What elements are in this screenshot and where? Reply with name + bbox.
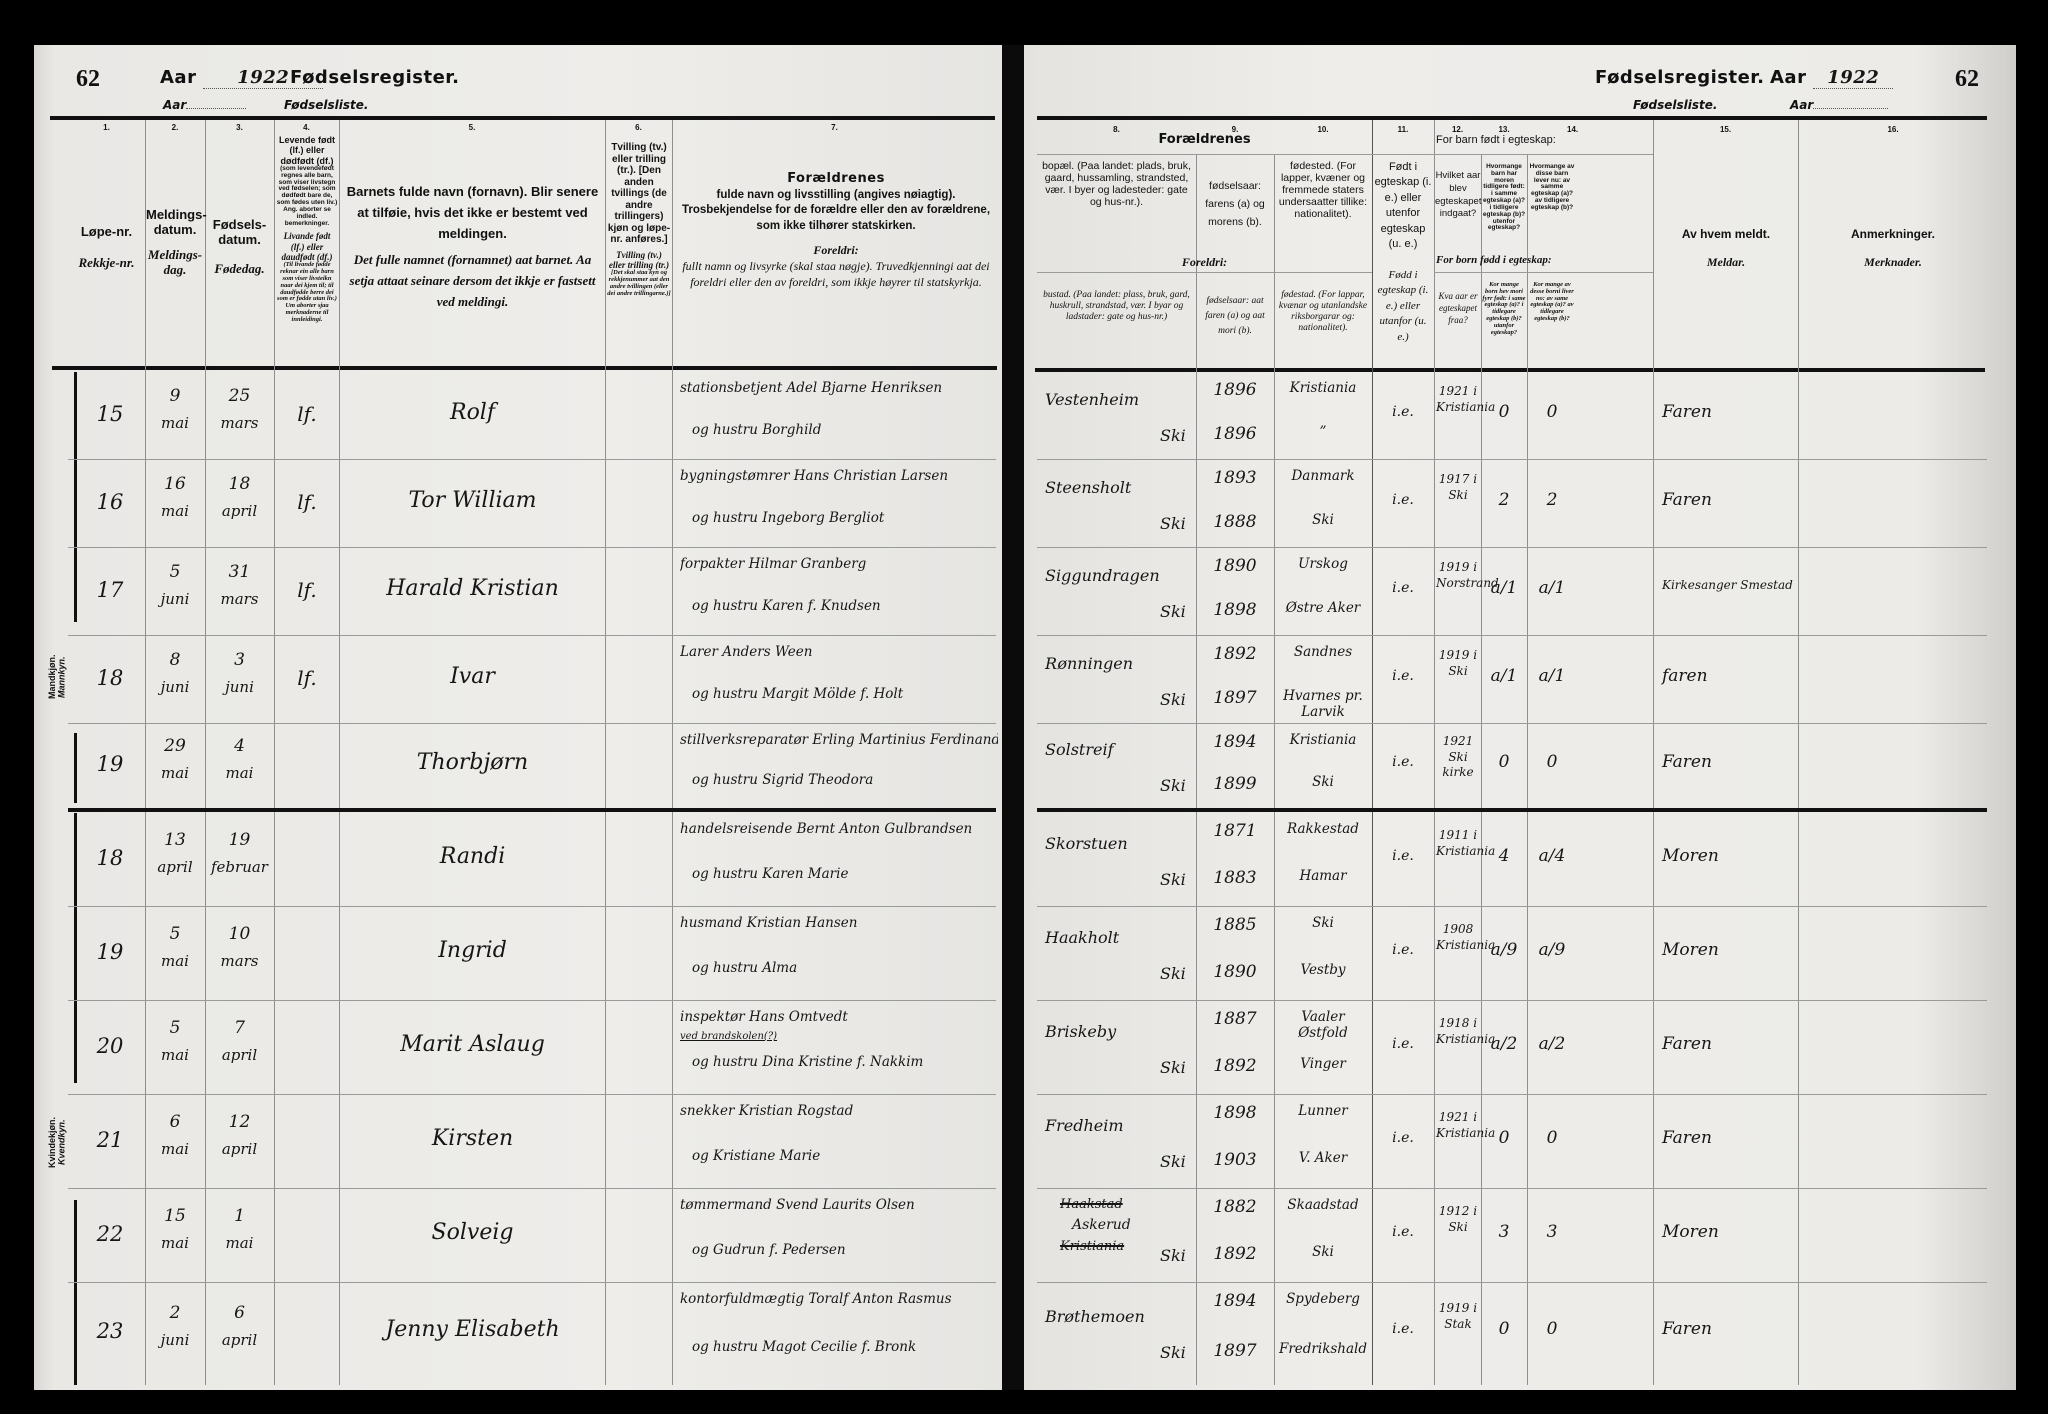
residence-struck: Kristiania bbox=[1060, 1239, 1124, 1254]
father-birth-year: 1892 bbox=[1198, 644, 1272, 664]
previous-children: 2 bbox=[1482, 490, 1526, 510]
birth-day: 4 bbox=[206, 736, 273, 756]
header-meldar: Meldar. bbox=[1655, 256, 1797, 270]
mother-birth-year: 1898 bbox=[1198, 600, 1272, 620]
mother-birthplace: Ski bbox=[1276, 1244, 1370, 1260]
residence-place: Ski bbox=[1160, 1152, 1186, 1171]
live-birth-status: lf. bbox=[275, 578, 339, 602]
header-fodested: fødested. (For lapper, kvæner og fremmed… bbox=[1276, 160, 1370, 220]
marriage-year-place: 1912 i Ski bbox=[1436, 1204, 1480, 1235]
living-children: 2 bbox=[1528, 490, 1576, 510]
birth-month: mars bbox=[206, 590, 273, 608]
father-birthplace: Sandnes bbox=[1276, 644, 1370, 660]
birth-month: mai bbox=[206, 1234, 273, 1252]
marriage-year-place: 1908 Kristiania bbox=[1436, 922, 1480, 953]
header-top-rule bbox=[50, 116, 995, 120]
mother-birth-year: 1896 bbox=[1198, 424, 1272, 444]
table-row[interactable]: 2215mai1maiSolveigtømmermand Svend Lauri… bbox=[0, 1189, 2048, 1283]
register-title-right: Fødselsregister. bbox=[1595, 67, 1764, 88]
birth-day: 6 bbox=[206, 1303, 273, 1323]
entry-number: 20 bbox=[78, 1034, 142, 1058]
table-row[interactable]: 1616mai18aprillf.Tor Williambygningstømr… bbox=[0, 460, 2048, 548]
col-number: 4. bbox=[274, 123, 339, 132]
register-title-left: Fødselsregister. bbox=[290, 67, 459, 88]
mother-birth-year: 1888 bbox=[1198, 512, 1272, 532]
group-heading-barn-egteskap: For barn født i egteskap: bbox=[1436, 134, 1651, 147]
report-month: mai bbox=[146, 1234, 204, 1252]
report-day: 9 bbox=[146, 386, 204, 406]
entry-number: 19 bbox=[78, 940, 142, 964]
father-name: bygningstømrer Hans Christian Larsen bbox=[680, 468, 998, 484]
father-birth-year: 1896 bbox=[1198, 380, 1272, 400]
header-levendefodt: Levende født (lf.) eller dødfødt (df.) (… bbox=[276, 135, 338, 324]
residence: Steensholt bbox=[1045, 478, 1131, 497]
mother-birthplace: Fredrikshald bbox=[1276, 1341, 1370, 1357]
residence-place: Ski bbox=[1160, 1058, 1186, 1077]
residence: Vestenheim bbox=[1045, 390, 1139, 409]
mother-birthplace: Hvarnes pr. Larvik bbox=[1276, 688, 1370, 720]
mother-birthplace: Ski bbox=[1276, 774, 1370, 790]
residence: Briskeby bbox=[1045, 1022, 1116, 1041]
father-name: inspektør Hans Omtvedt bbox=[680, 1009, 998, 1025]
residence: Fredheim bbox=[1045, 1116, 1124, 1135]
report-day: 13 bbox=[146, 830, 204, 850]
year-label-nn-right: Aar bbox=[1790, 98, 1888, 112]
living-children: 3 bbox=[1528, 1222, 1576, 1242]
section-divider-rule-right bbox=[1037, 808, 1987, 812]
header-bustad: bustad. (Paa landet: plass, bruk, gard, … bbox=[1040, 290, 1193, 323]
report-month: mai bbox=[146, 764, 204, 782]
header-egteskap-aar: Hvilket aar blev egteskapet indgaat? bbox=[1435, 170, 1481, 221]
marital-status: i.e. bbox=[1374, 754, 1432, 770]
reported-by: Faren bbox=[1662, 752, 1797, 772]
header-egteskap-aar-nn: Kva aar er egteskapet fraa? bbox=[1435, 290, 1481, 326]
father-name: tømmermand Svend Laurits Olsen bbox=[680, 1197, 998, 1213]
entry-number: 23 bbox=[78, 1319, 142, 1343]
header-tidligere-fodt: Hvormange barn har moren tidligere født:… bbox=[1482, 164, 1526, 232]
residence: Brøthemoen bbox=[1045, 1307, 1145, 1326]
header-fodselsaar-nn: fødselsaar: aat faren (a) og aat mori (b… bbox=[1198, 294, 1272, 340]
report-day: 15 bbox=[146, 1206, 204, 1226]
header-liver-no: Kor mange av desse borni liver no: av sa… bbox=[1528, 282, 1576, 323]
father-birth-year: 1885 bbox=[1198, 915, 1272, 935]
header-av-hvem-meldt: Av hvem meldt. bbox=[1655, 228, 1797, 242]
birth-month: juni bbox=[206, 678, 273, 696]
residence: Rønningen bbox=[1045, 654, 1133, 673]
mother-birthplace: Vestby bbox=[1276, 962, 1370, 978]
father-birthplace: Kristiania bbox=[1276, 380, 1370, 396]
birth-day: 31 bbox=[206, 562, 273, 582]
report-month: mai bbox=[146, 1140, 204, 1158]
entry-number: 18 bbox=[78, 666, 142, 690]
marital-status: i.e. bbox=[1374, 580, 1432, 596]
report-month: mai bbox=[146, 952, 204, 970]
father-birthplace: Kristiania bbox=[1276, 732, 1370, 748]
mother-birth-year: 1899 bbox=[1198, 774, 1272, 794]
group-heading-rule bbox=[1037, 154, 1372, 155]
previous-children: 3 bbox=[1482, 1222, 1526, 1242]
entry-number: 22 bbox=[78, 1222, 142, 1246]
table-row[interactable]: 1929mai4maiThorbjørnstillverksreparatør … bbox=[0, 724, 2048, 808]
group-heading-foreldrenes: Forældrenes bbox=[1037, 133, 1372, 148]
reported-by: Faren bbox=[1662, 402, 1797, 422]
year-label: Aar bbox=[160, 67, 196, 88]
child-name: Harald Kristian bbox=[345, 576, 600, 601]
entry-number: 19 bbox=[78, 752, 142, 776]
father-name: stationsbetjent Adel Bjarne Henriksen bbox=[680, 380, 998, 396]
col-number: 11. bbox=[1372, 125, 1434, 134]
entry-number: 15 bbox=[78, 402, 142, 426]
father-name: forpakter Hilmar Granberg bbox=[680, 556, 998, 572]
residence-place: Ski bbox=[1160, 964, 1186, 983]
child-name: Marit Aslaug bbox=[345, 1032, 600, 1057]
subtitle-right: Fødselsliste. bbox=[1633, 98, 1717, 112]
marriage-year-place: 1918 i Kristiania bbox=[1436, 1016, 1480, 1047]
header-fodd-egteskap: Fødd i egteskap (i. e.) eller utanfor (u… bbox=[1374, 268, 1432, 345]
mother-birth-year: 1890 bbox=[1198, 962, 1272, 982]
birth-month: mars bbox=[206, 414, 273, 432]
mother-name: og hustru Sigrid Theodora bbox=[692, 772, 997, 788]
report-day: 5 bbox=[146, 562, 204, 582]
table-row[interactable]: 175juni31marslf.Harald Kristianforpakter… bbox=[0, 548, 2048, 636]
residence-place: Ski bbox=[1160, 776, 1186, 795]
table-row[interactable]: 216mai12aprilKirstensnekker Kristian Rog… bbox=[0, 1095, 2048, 1189]
previous-children: a/1 bbox=[1482, 666, 1526, 686]
living-children: a/9 bbox=[1528, 940, 1576, 960]
birth-day: 18 bbox=[206, 474, 273, 494]
header-fyrr-fodt: Kor mange born hev mori fyrr født: i sam… bbox=[1482, 282, 1526, 337]
birth-month: april bbox=[206, 502, 273, 520]
birth-day: 10 bbox=[206, 924, 273, 944]
group-heading-rule bbox=[1037, 272, 1372, 273]
father-name: handelsreisende Bernt Anton Gulbrandsen bbox=[680, 821, 998, 837]
report-day: 5 bbox=[146, 1018, 204, 1038]
header-fodselsdatum: Fødsels-datum. Fødedag. bbox=[206, 218, 273, 277]
table-row[interactable]: 205mai7aprilMarit Aslauginspektør Hans O… bbox=[0, 1001, 2048, 1095]
reported-by: Faren bbox=[1662, 490, 1797, 510]
father-name: Larer Anders Ween bbox=[680, 644, 998, 660]
header-anmerkninger: Anmerkninger. bbox=[1800, 228, 1986, 242]
child-name: Solveig bbox=[345, 1220, 600, 1245]
father-birthplace: Rakkestad bbox=[1276, 821, 1370, 837]
live-birth-status: lf. bbox=[275, 490, 339, 514]
birth-day: 1 bbox=[206, 1206, 273, 1226]
marital-status: i.e. bbox=[1374, 492, 1432, 508]
reported-by: Faren bbox=[1662, 1319, 1797, 1339]
live-birth-status: lf. bbox=[275, 402, 339, 426]
col-number: 1. bbox=[68, 123, 145, 132]
report-month: juni bbox=[146, 590, 204, 608]
previous-children: a/2 bbox=[1482, 1034, 1526, 1054]
birth-month: mai bbox=[206, 764, 273, 782]
father-name: kontorfuldmægtig Toralf Anton Rasmus bbox=[680, 1291, 998, 1307]
entry-number: 18 bbox=[78, 846, 142, 870]
reported-by: faren bbox=[1662, 666, 1797, 686]
father-birth-year: 1894 bbox=[1198, 732, 1272, 752]
report-day: 16 bbox=[146, 474, 204, 494]
living-children: 0 bbox=[1528, 1128, 1576, 1148]
col-number: 5. bbox=[339, 123, 605, 132]
living-children: a/2 bbox=[1528, 1034, 1576, 1054]
year-label-nn-left: Aar bbox=[163, 98, 246, 112]
reported-by: Moren bbox=[1662, 940, 1797, 960]
birth-month: mars bbox=[206, 952, 273, 970]
previous-children: 0 bbox=[1482, 752, 1526, 772]
group-heading-born-egteskap: For born fødd i egteskap: bbox=[1436, 254, 1651, 267]
subtitle-left: Fødselsliste. bbox=[284, 98, 368, 112]
table-row[interactable]: 232juni6aprilJenny Elisabethkontorfuldmæ… bbox=[0, 1283, 2048, 1383]
header-lever-nu: Hvormange av disse barn lever nu: av sam… bbox=[1528, 164, 1576, 212]
father-birthplace: Spydeberg bbox=[1276, 1291, 1370, 1307]
child-name: Thorbjørn bbox=[345, 750, 600, 775]
reported-by: Kirkesanger Smestad bbox=[1662, 578, 1797, 592]
header-bopael: bopæl. (Paa landet: plads, bruk, gaard, … bbox=[1040, 160, 1193, 208]
child-name: Jenny Elisabeth bbox=[345, 1317, 600, 1342]
report-day: 2 bbox=[146, 1303, 204, 1323]
mother-birth-year: 1892 bbox=[1198, 1056, 1272, 1076]
residence-place: Ski bbox=[1160, 426, 1186, 445]
residence-place: Ski bbox=[1160, 690, 1186, 709]
marital-status: i.e. bbox=[1374, 942, 1432, 958]
mother-name: og hustru Dina Kristine f. Nakkim bbox=[692, 1054, 997, 1070]
report-month: april bbox=[146, 858, 204, 876]
residence: Solstreif bbox=[1045, 740, 1114, 759]
marital-status: i.e. bbox=[1374, 848, 1432, 864]
mother-name: og hustru Ingeborg Bergliot bbox=[692, 510, 997, 526]
year-line-right: Aar 1922 bbox=[1770, 67, 1893, 89]
marriage-year-place: 1911 i Kristiania bbox=[1436, 828, 1480, 859]
col-number: 3. bbox=[205, 123, 274, 132]
report-month: mai bbox=[146, 1046, 204, 1064]
mother-birthplace: ” bbox=[1276, 424, 1370, 440]
mother-name: og hustru Margit Mölde f. Holt bbox=[692, 686, 997, 702]
marital-status: i.e. bbox=[1374, 1036, 1432, 1052]
report-day: 29 bbox=[146, 736, 204, 756]
child-name: Ingrid bbox=[345, 938, 600, 963]
page-number-right: 62 bbox=[1955, 66, 1979, 93]
father-birth-year: 1893 bbox=[1198, 468, 1272, 488]
birth-day: 7 bbox=[206, 1018, 273, 1038]
mother-birthplace: Østre Aker bbox=[1276, 600, 1370, 616]
father-birthplace: Skaadstad bbox=[1276, 1197, 1370, 1213]
mother-birthplace: V. Aker bbox=[1276, 1150, 1370, 1166]
residence: Skorstuen bbox=[1045, 834, 1128, 853]
marriage-year-place: 1921 Ski kirke bbox=[1436, 734, 1480, 781]
previous-children: 0 bbox=[1482, 402, 1526, 422]
marriage-year-place: 1921 i Kristiania bbox=[1436, 1110, 1480, 1141]
mother-birth-year: 1903 bbox=[1198, 1150, 1272, 1170]
mother-name: og Kristiane Marie bbox=[692, 1148, 997, 1164]
header-barnets-navn: Barnets fulde navn (fornavn). Blir sener… bbox=[345, 182, 600, 313]
table-row[interactable]: 159mai25marslf.Rolfstationsbetjent Adel … bbox=[0, 372, 2048, 460]
father-note: ved brandskolen(?) bbox=[680, 1031, 777, 1042]
mother-birth-year: 1883 bbox=[1198, 868, 1272, 888]
father-birth-year: 1894 bbox=[1198, 1291, 1272, 1311]
father-birthplace: Lunner bbox=[1276, 1103, 1370, 1119]
marriage-year-place: 1917 i Ski bbox=[1436, 472, 1480, 503]
birth-day: 19 bbox=[206, 830, 273, 850]
col-number: 2. bbox=[145, 123, 205, 132]
mother-birthplace: Ski bbox=[1276, 512, 1370, 528]
residence-place: Ski bbox=[1160, 602, 1186, 621]
report-day: 8 bbox=[146, 650, 204, 670]
report-month: mai bbox=[146, 414, 204, 432]
residence-place: Ski bbox=[1160, 870, 1186, 889]
marital-status: i.e. bbox=[1374, 1321, 1432, 1337]
report-day: 5 bbox=[146, 924, 204, 944]
entry-number: 17 bbox=[78, 578, 142, 602]
report-month: mai bbox=[146, 502, 204, 520]
living-children: a/1 bbox=[1528, 666, 1576, 686]
mother-name: og hustru Magot Cecilie f. Bronk bbox=[692, 1339, 997, 1355]
mother-birth-year: 1897 bbox=[1198, 1341, 1272, 1361]
reported-by: Faren bbox=[1662, 1034, 1797, 1054]
marital-status: i.e. bbox=[1374, 404, 1432, 420]
header-foreldrenes: Forældrenes fulde navn og livsstilling (… bbox=[680, 170, 992, 291]
birth-day: 25 bbox=[206, 386, 273, 406]
father-birthplace: Ski bbox=[1276, 915, 1370, 931]
table-row[interactable]: 188juni3junilf.IvarLarer Anders Weenog h… bbox=[0, 636, 2048, 724]
marital-status: i.e. bbox=[1374, 1224, 1432, 1240]
col-number: 7. bbox=[672, 123, 997, 132]
header-fodestad: fødestad. (For lappar, kvænar og utanlan… bbox=[1276, 290, 1370, 334]
marital-status: i.e. bbox=[1374, 668, 1432, 684]
mother-birthplace: Hamar bbox=[1276, 868, 1370, 884]
live-birth-status: lf. bbox=[275, 666, 339, 690]
residence: Askerud bbox=[1072, 1217, 1131, 1233]
group-heading-foreldri: Foreldri: bbox=[1037, 256, 1372, 270]
marital-status: i.e. bbox=[1374, 1130, 1432, 1146]
previous-children: 4 bbox=[1482, 846, 1526, 866]
birth-month: februar bbox=[206, 858, 273, 876]
col-number: 15. bbox=[1653, 125, 1798, 134]
birth-month: april bbox=[206, 1140, 273, 1158]
mother-name: og hustru Karen f. Knudsen bbox=[692, 598, 997, 614]
living-children: 0 bbox=[1528, 402, 1576, 422]
header-fodselsaar: fødselsaar: farens (a) og morens (b). bbox=[1198, 178, 1272, 232]
entry-number: 16 bbox=[78, 490, 142, 514]
col-number: 12. bbox=[1434, 125, 1481, 134]
father-birth-year: 1882 bbox=[1198, 1197, 1272, 1217]
header-top-rule-right bbox=[1037, 116, 1987, 120]
mother-name: og hustru Borghild bbox=[692, 422, 997, 438]
report-day: 6 bbox=[146, 1112, 204, 1132]
child-name: Rolf bbox=[345, 400, 600, 425]
header-fodt-egteskap: Født i egteskap (i. e.) eller utenfor eg… bbox=[1374, 160, 1432, 252]
father-birth-year: 1871 bbox=[1198, 821, 1272, 841]
table-row[interactable]: 195mai10marsIngridhusmand Kristian Hanse… bbox=[0, 907, 2048, 1001]
previous-children: a/9 bbox=[1482, 940, 1526, 960]
mother-name: og Gudrun f. Pedersen bbox=[692, 1242, 997, 1258]
residence: Siggundragen bbox=[1045, 566, 1160, 585]
reported-by: Moren bbox=[1662, 846, 1797, 866]
marriage-year-place: 1919 i Ski bbox=[1436, 648, 1480, 679]
entry-number: 21 bbox=[78, 1128, 142, 1152]
previous-children: 0 bbox=[1482, 1128, 1526, 1148]
mother-birth-year: 1897 bbox=[1198, 688, 1272, 708]
residence: Haakholt bbox=[1045, 928, 1119, 947]
col-number: 6. bbox=[605, 123, 672, 132]
residence-place: Ski bbox=[1160, 514, 1186, 533]
group-heading-rule bbox=[1434, 272, 1653, 273]
birth-month: april bbox=[206, 1046, 273, 1064]
father-birth-year: 1887 bbox=[1198, 1009, 1272, 1029]
header-meldingsdatum: Meldings-datum. Meldings-dag. bbox=[146, 208, 204, 278]
living-children: 0 bbox=[1528, 1319, 1576, 1339]
previous-children: 0 bbox=[1482, 1319, 1526, 1339]
father-birthplace: Danmark bbox=[1276, 468, 1370, 484]
col-number: 13. bbox=[1481, 125, 1527, 134]
living-children: 0 bbox=[1528, 752, 1576, 772]
marriage-year-place: 1919 i Norstrand bbox=[1436, 560, 1480, 591]
father-name: husmand Kristian Hansen bbox=[680, 915, 998, 931]
living-children: a/4 bbox=[1528, 846, 1576, 866]
previous-children: a/1 bbox=[1482, 578, 1526, 598]
report-month: juni bbox=[146, 1331, 204, 1349]
father-birth-year: 1898 bbox=[1198, 1103, 1272, 1123]
birth-month: april bbox=[206, 1331, 273, 1349]
child-name: Ivar bbox=[345, 664, 600, 689]
mother-birthplace: Vinger bbox=[1276, 1056, 1370, 1072]
section-divider-rule bbox=[68, 808, 996, 812]
reported-by: Moren bbox=[1662, 1222, 1797, 1242]
header-lopenr: Løpe-nr. Rekkje-nr. bbox=[68, 225, 145, 271]
report-month: juni bbox=[146, 678, 204, 696]
birth-day: 12 bbox=[206, 1112, 273, 1132]
father-birthplace: Urskog bbox=[1276, 556, 1370, 572]
father-birthplace: Vaaler Østfold bbox=[1276, 1009, 1370, 1041]
mother-birth-year: 1892 bbox=[1198, 1244, 1272, 1264]
residence-struck: Haakstad bbox=[1060, 1197, 1123, 1212]
page-number-left: 62 bbox=[76, 66, 100, 93]
table-row[interactable]: 1813april19februarRandihandelsreisende B… bbox=[0, 813, 2048, 907]
residence-place: Ski bbox=[1160, 1246, 1186, 1265]
child-name: Tor William bbox=[345, 488, 600, 513]
col-number: 16. bbox=[1798, 125, 1988, 134]
header-bottom-rule bbox=[52, 366, 997, 370]
child-name: Randi bbox=[345, 844, 600, 869]
mother-name: og hustru Alma bbox=[692, 960, 997, 976]
child-name: Kirsten bbox=[345, 1126, 600, 1151]
mother-name: og hustru Karen Marie bbox=[692, 866, 997, 882]
residence-place: Ski bbox=[1160, 1343, 1186, 1362]
birth-day: 3 bbox=[206, 650, 273, 670]
father-name: stillverksreparatør Erling Martinius Fer… bbox=[680, 732, 998, 748]
living-children: a/1 bbox=[1528, 578, 1576, 598]
marriage-year-place: 1921 i Kristiania bbox=[1436, 384, 1480, 415]
marriage-year-place: 1919 i Stak bbox=[1436, 1301, 1480, 1332]
header-tvilling: Tvilling (tv.) eller trilling (tr.). [De… bbox=[607, 142, 671, 297]
reported-by: Faren bbox=[1662, 1128, 1797, 1148]
header-merknader: Merknader. bbox=[1800, 256, 1986, 270]
group-heading-rule bbox=[1372, 154, 1653, 155]
father-birth-year: 1890 bbox=[1198, 556, 1272, 576]
father-name: snekker Kristian Rogstad bbox=[680, 1103, 998, 1119]
